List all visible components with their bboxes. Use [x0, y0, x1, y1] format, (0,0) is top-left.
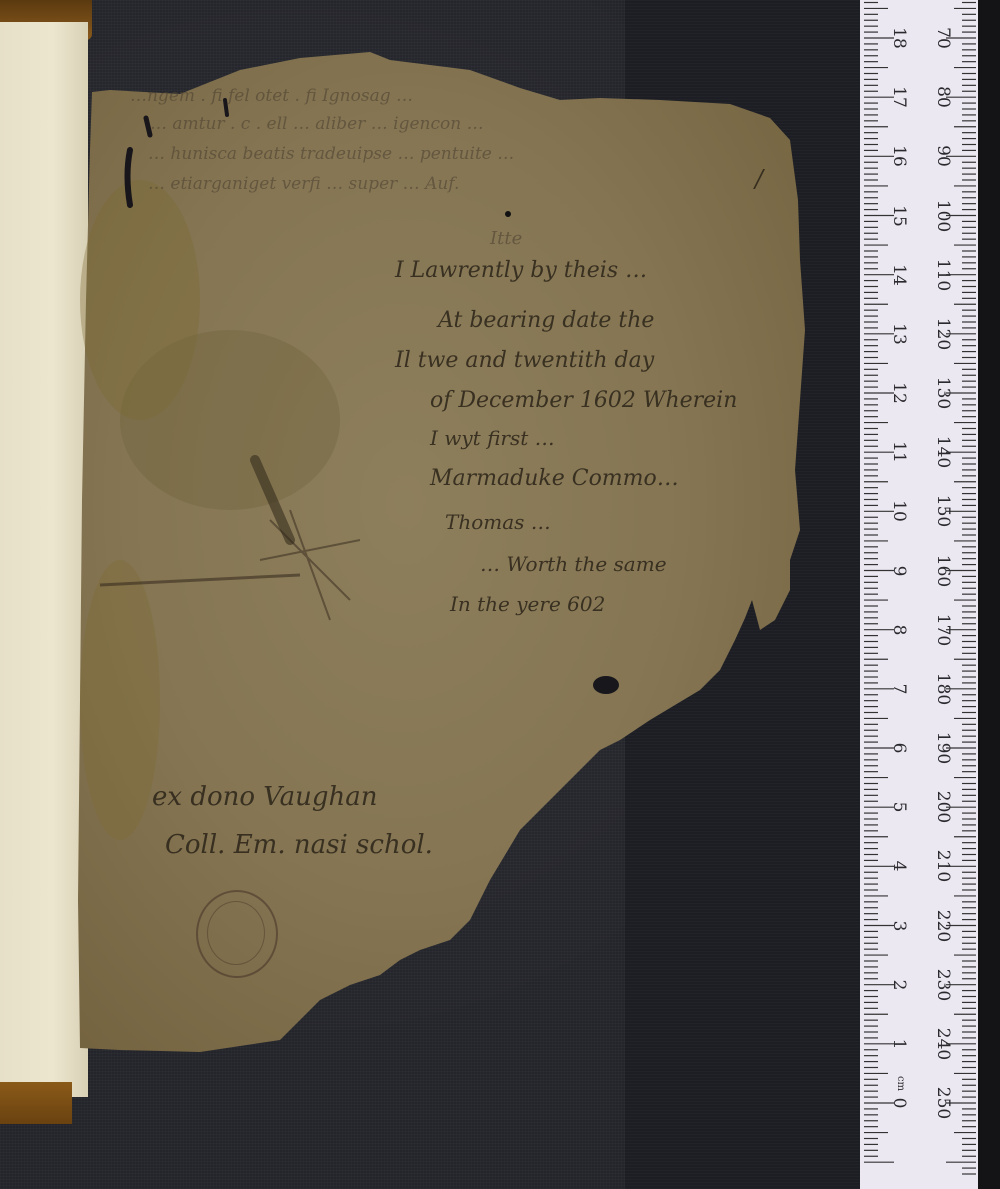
ruler-cm-label: 11	[889, 439, 909, 465]
ruler-mm-label: 130	[933, 368, 953, 418]
manuscript-line: … Worth the same	[480, 552, 667, 576]
manuscript-line: I Lawrently by theis …	[395, 258, 647, 283]
manuscript-line: … etiarganiget verfi … super … Auf.	[148, 174, 459, 194]
library-stamp	[196, 890, 278, 978]
manuscript-line: … amtur . c . ell … aliber … igencon …	[150, 114, 484, 134]
ruler-cm-label: 8	[889, 617, 909, 643]
ruler-cm-label: 10	[889, 498, 909, 524]
manuscript-line: of December 1602 Wherein	[430, 388, 737, 413]
manuscript-line: Il twe and twentith day	[395, 348, 654, 373]
ruler-mm-label: 110	[933, 250, 953, 300]
ruler-cm-label: 3	[889, 913, 909, 939]
ownership-line: Coll. Em. nasi schol.	[165, 830, 433, 860]
manuscript-line: At bearing date the	[438, 308, 654, 333]
ruler-cm-label: 12	[889, 380, 909, 406]
ruler-mm-label: 240	[933, 1019, 953, 1069]
ruler-mm-label: 210	[933, 841, 953, 891]
manuscript-line: … hunisca beatis tradeuipse … pentuite …	[148, 144, 514, 164]
ruler-cm-label: 0	[889, 1090, 909, 1116]
ruler-cm-label: 15	[889, 203, 909, 229]
ruler-mm-label: 70	[933, 13, 953, 63]
ruler-mm-label: 90	[933, 131, 953, 181]
ruler-mm-label: 230	[933, 960, 953, 1010]
ruler-mm-label: 200	[933, 782, 953, 832]
ruler-cm-label: 1	[889, 1031, 909, 1057]
ruler-cm-label: 17	[889, 84, 909, 110]
ruler-cm-label: 7	[889, 676, 909, 702]
ruler-mm-label: 190	[933, 723, 953, 773]
ruler-mm-label: 180	[933, 664, 953, 714]
ruler-cm-label: 2	[889, 972, 909, 998]
ruler-mm-label: 250	[933, 1078, 953, 1128]
ownership-line: ex dono Vaughan	[152, 782, 378, 812]
ruler-cm-label: 16	[889, 143, 909, 169]
parchment-shape	[78, 52, 805, 1052]
parchment-hole	[593, 676, 619, 694]
ruler-cm-label: 6	[889, 735, 909, 761]
manuscript-line: In the yere 602	[450, 592, 605, 616]
ruler-mm-label: 80	[933, 72, 953, 122]
manuscript-line: …ngem . fi fel otet . fi Ignosag …	[130, 86, 413, 106]
ruler-cm-label: 9	[889, 558, 909, 584]
ruler-cm-label: 4	[889, 853, 909, 879]
ruler-mm-label: 170	[933, 605, 953, 655]
ruler-mm-label: 160	[933, 546, 953, 596]
ruler-mm-label: 150	[933, 486, 953, 536]
manuscript-line: Itte	[490, 228, 522, 249]
ruler-mm-label: 220	[933, 901, 953, 951]
manuscript-line: Thomas …	[445, 510, 551, 534]
manuscript-line: Marmaduke Commo…	[430, 466, 679, 491]
ruler-cm-label: 14	[889, 262, 909, 288]
ruler-cm-label: 13	[889, 321, 909, 347]
ruler-cm-label: 18	[889, 25, 909, 51]
ruler-mm-label: 120	[933, 309, 953, 359]
manuscript-line: I wyt first …	[430, 426, 555, 450]
corner-mark: /	[755, 165, 763, 193]
ruler-mm-label: 140	[933, 427, 953, 477]
ruler-ticks	[860, 0, 978, 1189]
measuring-ruler: 1817161514131211109876543210708090100110…	[860, 0, 978, 1189]
ruler-cm-label: 5	[889, 794, 909, 820]
ruler-mm-label: 100	[933, 191, 953, 241]
ruler-unit-label: cm	[895, 1076, 906, 1091]
